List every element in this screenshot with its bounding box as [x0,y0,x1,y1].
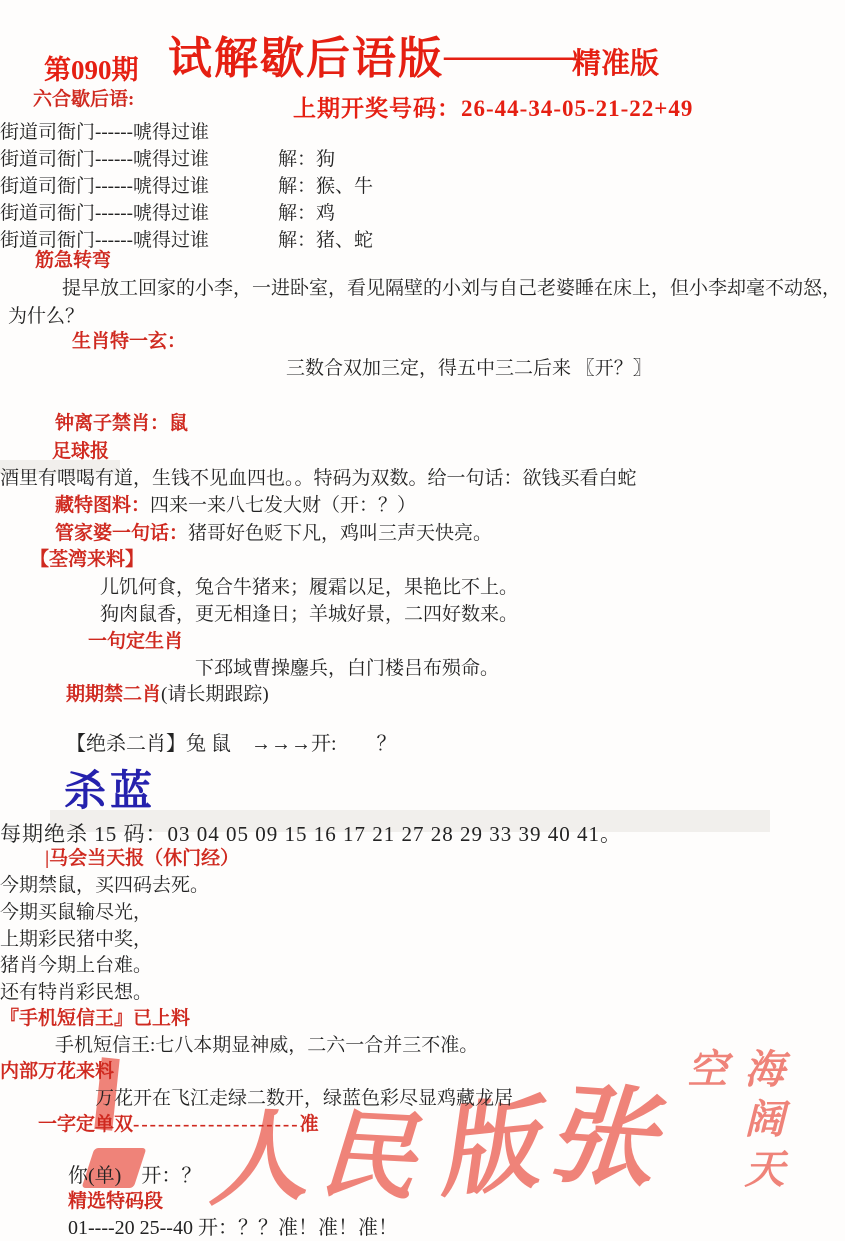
riddle-row: 街道司衙门------唬得过谁 解：鸡 [0,198,845,225]
riddle-question: 街道司衙门------唬得过谁 [0,203,209,224]
watermark-vertical-text: 海阔天空 [676,1048,790,1218]
dan-line: 你(单) 开：？ [68,1164,201,1188]
riddle-row: 街道司衙门------唬得过谁 解：狗 [0,144,845,171]
riddle-answer: 解：猪、蛇 [278,225,373,252]
cangte-text: 四来一来八七发大财（开：？） [150,495,416,516]
mahui-label: |马会当天报（休门经） [45,847,239,871]
guanjiapo-line: 管家婆一句话：猪哥好色贬下凡，鸡叫三声天快亮。 [55,522,492,546]
zhongli-label: 钟离子禁肖：鼠 [55,412,188,436]
yizi-suffix: 准 [300,1114,319,1135]
quanwan-line2: 狗肉鼠香，更无相逢日；羊城好景，二四好数来。 [100,603,518,627]
mahui-line-3: 上期彩民猪中奖， [0,928,152,952]
guanjiapo-label: 管家婆一句话： [55,523,188,544]
riddle-answer: 解：猴、牛 [278,171,373,198]
football-label: 足球报 [52,440,109,464]
range-line: 01----20 25--40 开：？？准！准！准！ [68,1216,398,1240]
section-label-liuhe: 六合歇后语: [33,88,134,112]
yiju-line: 下邳域曹操鏖兵，白门楼吕布殒命。 [195,657,499,681]
quanwan-label: 【荃湾来料】 [30,548,144,572]
riddle-row: 街道司衙门------唬得过谁 解：猪、蛇 [0,225,845,252]
riddle-answer: 解：鸡 [278,198,335,225]
juesha-line: 【绝杀二肖】兔 鼠 →→→开: ？ [66,732,397,756]
yiju-label: 一句定生肖 [88,630,183,654]
shengxiao-line: 三数合双加三定，得五中三二后来 〖开？〗 [286,357,652,381]
yizi-label: 一字定单双 [38,1114,133,1135]
brain-teaser-label: 筋急转弯 [35,249,111,273]
yizi-line: 一字定单双--------------------准 [38,1113,319,1137]
guanjiapo-text: 猪哥好色贬下凡，鸡叫三声天快亮。 [188,523,492,544]
riddle-question: 街道司衙门------唬得过谁 [0,149,209,170]
riddle-row: 街道司衙门------唬得过谁 [0,117,845,144]
riddle-question: 街道司衙门------唬得过谁 [0,122,209,143]
mahui-line-2: 今期买鼠输尽光， [0,901,152,925]
brain-teaser-line2: 为什么？ [8,305,84,329]
shengxiao-label: 生肖特一玄： [72,330,186,354]
title-dashes: ———— [444,35,572,75]
page-title-suffix: 精准版 [572,48,659,80]
mahui-line-5: 还有特肖彩民想。 [0,981,152,1005]
mahui-line-4: 猪肖今期上台难。 [0,954,152,978]
qiqi-line: 期期禁二肖(请长期跟踪) [66,683,269,707]
wanhua-line: 万花开在飞江走绿二数开，绿蓝色彩尽显鸡藏龙居 [95,1087,513,1111]
kill-15-codes: 每期绝杀 15 码：03 04 05 09 15 16 17 21 27 28 … [0,818,622,848]
riddle-row: 街道司衙门------唬得过谁 解：猴、牛 [0,171,845,198]
riddle-answer: 解：狗 [278,144,335,171]
issue-number: 第090期 [44,48,139,87]
mahui-line-1: 今期禁鼠，买四码去死。 [0,874,209,898]
riddle-question: 街道司衙门------唬得过谁 [0,230,209,251]
yizi-dashes: -------------------- [133,1114,300,1135]
wanhua-label: 内部万花来料 [0,1060,114,1084]
jingxuan-label: 精选特码段 [68,1190,163,1214]
cangte-line: 藏特图料：四来一来八七发大财（开：？） [55,494,416,518]
football-line: 酒里有喂喝有道，生钱不见血四也。。特码为双数。给一句话：欲钱买看白蛇 [0,467,637,491]
qiqi-note: (请长期跟踪) [161,684,269,705]
riddle-question: 街道司衙门------唬得过谁 [0,176,209,197]
quanwan-line1: 儿饥何食，兔合牛猪来；履霜以足，果艳比不上。 [100,576,518,600]
cangte-label: 藏特图料： [55,495,150,516]
page-title: 试解歇后语版————精准版 [168,22,659,86]
kill-blue-title: 杀蓝 [64,758,156,818]
page-title-main: 试解歇后语版 [168,34,444,83]
brain-teaser-line1: 提早放工回家的小李，一进卧室，看见隔壁的小刘与自己老婆睡在床上，但小李却毫不动怒… [62,277,841,301]
qiqi-label: 期期禁二肖 [66,684,161,705]
watermark-glyph-4: 张 [543,1046,662,1208]
sms-label: 『手机短信王』已上料 [0,1007,190,1031]
sms-line: 手机短信王:七八本期显神威，二六一合并三不准。 [55,1034,478,1058]
